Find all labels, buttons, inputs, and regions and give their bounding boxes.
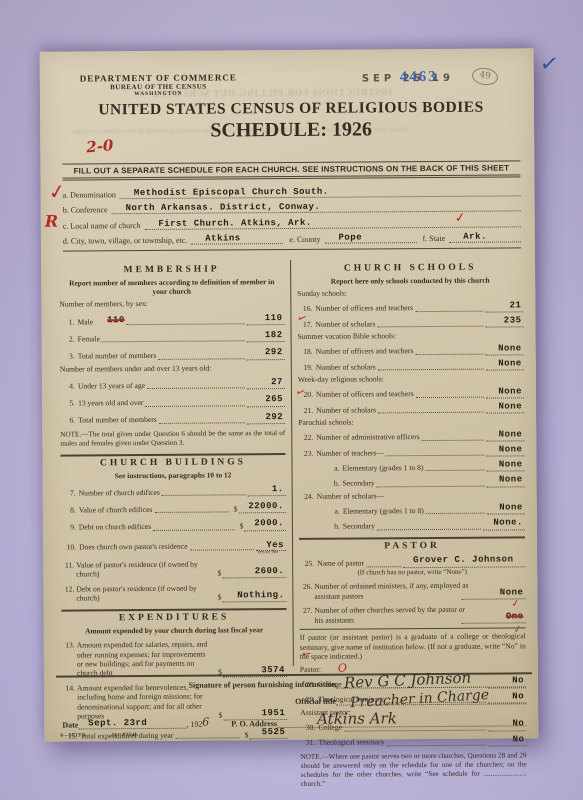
answer-value: 110 xyxy=(246,313,284,326)
form-row-24: 24. Number of scholars— xyxy=(299,490,525,501)
field-conference-value: North Arkansas. District, Conway. xyxy=(126,202,321,213)
question-number: 6. xyxy=(60,416,78,426)
question-label: Male xyxy=(77,317,93,327)
question-letter: a. xyxy=(325,506,343,516)
photo-background: INSTRUCTIONS FOR FILLING OUT SCHEDULE Pl… xyxy=(0,0,583,800)
form-row-over13: 5. 13 years old and over 265 xyxy=(60,394,285,408)
question-label: Debt on church edifices xyxy=(79,522,151,532)
struck-value: 110 xyxy=(107,315,125,326)
answer-value: None xyxy=(486,358,524,371)
instruction-banner: FILL OUT A SEPARATE SCHEDULE FOR EACH CH… xyxy=(62,160,520,180)
form-row-edifice-debt: 9. Debt on church edifices $ 2000. xyxy=(61,518,286,532)
signature-label: Signature of person furnishing informati… xyxy=(189,680,336,690)
question-label: Under 13 years of age xyxy=(78,381,145,391)
answer-value: 235 xyxy=(485,315,523,328)
answer-value: 21 xyxy=(485,300,523,313)
answer-value: 2600. xyxy=(222,566,286,579)
question-number: 3. xyxy=(60,352,78,362)
field-denomination: a. Denomination Methodist Episcopal Chur… xyxy=(63,185,521,199)
form-row-26: 26. Number of ordained ministers, if any… xyxy=(299,581,525,602)
answer-value: 22000. xyxy=(238,501,285,514)
answer-value: 182 xyxy=(247,330,285,343)
form-row-25: 25. Name of pastor Grover C. Johnson xyxy=(299,555,525,569)
answer-value: None xyxy=(486,401,524,414)
form-row-21: 21. Number of scholars None xyxy=(298,401,524,415)
field-denomination-value: Methodist Episcopal Church South. xyxy=(134,186,329,197)
dollar-sign: $ xyxy=(240,522,244,532)
question-label: Secondary xyxy=(343,521,375,531)
group-heading: Number of members under and over 13 year… xyxy=(60,363,285,374)
answer-value: None xyxy=(486,459,524,472)
question-label: Theological seminary xyxy=(318,738,384,748)
form-row-17: 17. Number of scholars 235 xyxy=(297,315,523,329)
buildings-title: CHURCH BUILDINGS xyxy=(60,457,285,470)
question-number: 16. xyxy=(297,304,315,314)
group-heading: Sunday schools: xyxy=(297,287,523,298)
form-row-edifice-value: 8. Value of church edifices $ 22000. xyxy=(61,501,286,515)
right-column: CHURCH SCHOOLS Report here only schools … xyxy=(291,258,532,666)
expenditures-title: EXPENDITURES xyxy=(62,612,287,625)
department-name: DEPARTMENT OF COMMERCE xyxy=(80,72,237,83)
question-label: Amount expended for salaries, repairs, a… xyxy=(77,640,208,678)
group-heading: Number of members, by sex: xyxy=(59,298,284,309)
question-number: 12. xyxy=(59,584,74,594)
membership-subtitle: Report number of members according to de… xyxy=(65,277,278,297)
question-label: Debt on pastor's residence (if owned by … xyxy=(76,584,196,603)
form-print-numbers: 6—5513 a11—9254b xyxy=(60,731,220,738)
answer-value: None xyxy=(487,502,525,515)
form-row-total-members-2: 6. Total number of members 292 xyxy=(60,412,285,426)
question-label: Number of officers and teachers xyxy=(316,389,414,399)
red-letter-r-mark: R xyxy=(45,212,58,231)
pastor-name-hint: (If church has no pastor, write “None”) xyxy=(299,567,525,577)
form-row-salaries: 13. Amount expended for salaries, repair… xyxy=(62,639,287,679)
field-label: e. County xyxy=(283,235,324,244)
question-label: 13 years old and over xyxy=(78,398,143,408)
year-prefix: , 192 xyxy=(186,720,202,729)
answer-value: Nothing. xyxy=(222,590,286,603)
question-letter: b. xyxy=(325,479,343,489)
question-label: Number of teachers— xyxy=(316,448,384,458)
question-number: 1. xyxy=(59,317,77,327)
question-number: 8. xyxy=(61,505,79,515)
field-label: c. Local name of church xyxy=(63,221,145,231)
question-number: 20. xyxy=(298,390,316,400)
form-row-23: 23. Number of teachers— None xyxy=(298,444,524,458)
question-label: Elementary (grades 1 to 8) xyxy=(343,506,424,516)
question-label: Number of other churches served by the p… xyxy=(314,605,465,625)
official-title-row: Official title Preacher in Charge xyxy=(62,695,526,707)
census-schedule-form: INSTRUCTIONS FOR FILLING OUT SCHEDULE Pl… xyxy=(40,48,539,741)
answer-value: 5525 xyxy=(249,727,287,740)
expenditures-subtitle: Amount expended by your church during la… xyxy=(68,625,281,636)
question-number: 31. xyxy=(300,738,318,748)
form-row-male: 1. Male 110 110 xyxy=(59,313,284,327)
question-label: Value of church edifices xyxy=(79,505,153,515)
question-label: Secondary xyxy=(343,478,375,488)
po-address-handwriting: Atkins Ark xyxy=(317,709,397,728)
answer-value: No xyxy=(488,734,526,747)
question-label: Does church own pastor's residence xyxy=(79,542,188,552)
date-value: Sept. 23rd xyxy=(88,718,147,728)
membership-note: NOTE.—The total given under Question 6 s… xyxy=(60,429,285,449)
question-number: 17. xyxy=(297,319,315,329)
question-label: Number of scholars— xyxy=(317,491,385,501)
question-number: 22. xyxy=(298,433,316,443)
question-number: 23. xyxy=(298,448,316,458)
answer-value: 2000. xyxy=(244,518,286,531)
answer-value-struck: One xyxy=(462,611,526,624)
question-number: 25. xyxy=(299,559,317,569)
group-heading: Summer vacation Bible schools: xyxy=(298,330,524,341)
answer-value: 292 xyxy=(247,347,285,360)
form-row-16: 16. Number of officers and teachers 21 xyxy=(297,300,523,314)
field-county-value: Pope xyxy=(338,232,362,242)
agency-block: DEPARTMENT OF COMMERCE BUREAU OF THE CEN… xyxy=(80,72,237,97)
yes-or-no-hint: Yes or No xyxy=(257,549,278,556)
group-heading: Parochial schools: xyxy=(298,416,524,427)
form-row-edifices: 7. Number of church edifices 1. xyxy=(61,484,286,498)
year-digit-handwriting: 6 xyxy=(202,716,209,729)
answer-value: None xyxy=(461,587,525,600)
form-title: UNITED STATES CENSUS OF RELIGIOUS BODIES xyxy=(62,98,520,119)
form-row-own-residence: 10. Does church own pastor's residence Y… xyxy=(61,540,286,553)
question-number: 9. xyxy=(61,523,79,533)
agency-city: WASHINGTON xyxy=(80,90,237,97)
form-row-31: 31. Theological seminary No xyxy=(300,734,526,748)
form-row-20: 20. Number of officers and teachers None xyxy=(298,386,524,400)
dollar-sign: $ xyxy=(234,504,238,514)
handwritten-number: 2-0 xyxy=(86,136,114,156)
field-state-value: Ark. xyxy=(463,232,487,242)
group-heading: Week-day religious schools: xyxy=(298,373,524,384)
schools-subtitle: Report here only schools conducted by th… xyxy=(303,275,517,286)
question-number: 27. xyxy=(297,606,312,616)
question-number: 26. xyxy=(297,582,312,592)
form-row-total-members: 3. Total number of members 292 xyxy=(60,347,285,361)
answer-value: None. xyxy=(483,518,525,531)
schools-title: CHURCH SCHOOLS xyxy=(297,262,523,275)
answer-value: None xyxy=(487,475,525,488)
section-divider xyxy=(63,247,521,251)
form-row-under13: 4. Under 13 years of age 27 xyxy=(60,377,285,391)
question-label: Number of officers and teachers xyxy=(316,346,414,356)
question-label: Value of pastor's residence (if owned by… xyxy=(76,560,198,579)
left-column: MEMBERSHIP Report number of members acco… xyxy=(53,260,294,668)
question-number: 4. xyxy=(60,381,78,391)
form-row-19: 19. Number of scholars None xyxy=(298,358,524,372)
form-subtitle: SCHEDULE: 1926 xyxy=(62,117,520,143)
answer-value: 1. xyxy=(248,484,286,497)
pastor-note: NOTE.—Where one pastor serves two or mor… xyxy=(300,751,526,789)
question-label: Number of ordained ministers, if any, em… xyxy=(314,581,468,601)
form-row-residence-debt: 12. Debt on pastor's residence (if owned… xyxy=(61,583,286,604)
question-label: Elementary (grades 1 to 8) xyxy=(342,463,423,473)
question-letter: a. xyxy=(324,463,342,473)
question-number: 24. xyxy=(299,491,317,501)
section-divider xyxy=(61,608,286,612)
dollar-sign: $ xyxy=(217,569,221,579)
field-local-name-value: First Church. Atkins, Ark. xyxy=(158,217,312,228)
identification-fields: a. Denomination Methodist Episcopal Chur… xyxy=(63,180,521,251)
field-label: b. Conference xyxy=(63,205,112,214)
pastor-title: PASTOR xyxy=(299,540,525,553)
form-row-27: 27. Number of other churches served by t… xyxy=(299,605,525,626)
answer-value: 27 xyxy=(247,377,285,390)
answer-value: 292 xyxy=(247,412,285,425)
question-letter: b. xyxy=(325,522,343,532)
answer-value: None xyxy=(486,386,524,399)
dollar-sign: $ xyxy=(245,730,249,740)
form-row-18: 18. Number of officers and teachers None xyxy=(298,343,524,357)
form-row-24b: b. Secondary None. xyxy=(299,518,525,532)
field-label: f. State xyxy=(417,234,450,243)
question-label: Number of scholars xyxy=(316,362,376,372)
date-label: Date 6—5513 a11—9254b xyxy=(62,720,78,729)
question-label: Number of officers and teachers xyxy=(315,304,413,314)
question-label: Total number of members xyxy=(78,415,157,425)
answer-value: None xyxy=(486,429,524,442)
question-number: 13. xyxy=(60,641,75,651)
answer-value: None xyxy=(486,444,524,457)
question-number: 11. xyxy=(59,560,74,570)
signature-block: Signature of person furnishing informati… xyxy=(56,672,532,729)
form-row-23b: b. Secondary None xyxy=(299,475,525,489)
buildings-subtitle: See instructions, paragraphs 10 to 12 xyxy=(67,470,280,481)
form-row-22: 22. Number of administrative officers No… xyxy=(298,429,524,443)
field-label: d. City, town, village, or township, etc… xyxy=(63,236,191,246)
question-number: 10. xyxy=(61,543,79,553)
graduate-instruction: If pastor (or assistant pastor) is a gra… xyxy=(300,628,526,662)
official-title-label: Official title xyxy=(295,697,336,706)
question-label: Number of scholars xyxy=(316,405,376,415)
question-label: Number of church edifices xyxy=(79,488,160,498)
field-conference: b. Conference North Arkansas. District, … xyxy=(63,200,521,214)
dollar-sign: $ xyxy=(218,593,222,603)
po-address-label: P. O. Address xyxy=(231,719,277,728)
answer-value: 265 xyxy=(247,394,285,407)
membership-title: MEMBERSHIP xyxy=(59,264,284,277)
blue-check-mark: ✓ xyxy=(538,51,560,78)
question-number: 7. xyxy=(61,488,79,498)
field-label: a. Denomination xyxy=(63,190,120,199)
question-label: Name of pastor xyxy=(317,559,364,569)
field-local-name: c. Local name of church First Church. At… xyxy=(63,216,521,230)
field-city-county-state: d. City, town, village, or township, etc… xyxy=(63,231,521,245)
section-divider xyxy=(299,536,525,540)
form-row-residence-value: 11. Value of pastor's residence (if owne… xyxy=(61,559,286,580)
form-title-block: UNITED STATES CENSUS OF RELIGIOUS BODIES… xyxy=(62,98,520,143)
question-label: Number of administrative officers xyxy=(316,432,419,442)
question-number: 18. xyxy=(298,347,316,357)
form-row-female: 2. Female 182 xyxy=(60,330,285,344)
section-divider xyxy=(60,453,285,457)
stamp-serial-number: 4463 xyxy=(400,69,438,86)
pastor-name-value: Grover C. Johnson xyxy=(403,555,525,568)
answer-value: None xyxy=(486,343,524,356)
question-number: 5. xyxy=(60,399,78,409)
field-city-value: Atkins xyxy=(205,233,240,243)
question-number: 19. xyxy=(298,362,316,372)
question-label: Female xyxy=(78,334,100,344)
question-label: Total number of members xyxy=(78,351,157,361)
question-label: Number of scholars xyxy=(315,319,375,329)
question-number: 2. xyxy=(60,334,78,344)
question-number: 21. xyxy=(298,405,316,415)
form-row-23a: a. Elementary (grades 1 to 8) None xyxy=(298,459,524,473)
form-row-24a: a. Elementary (grades 1 to 8) None xyxy=(299,502,525,516)
